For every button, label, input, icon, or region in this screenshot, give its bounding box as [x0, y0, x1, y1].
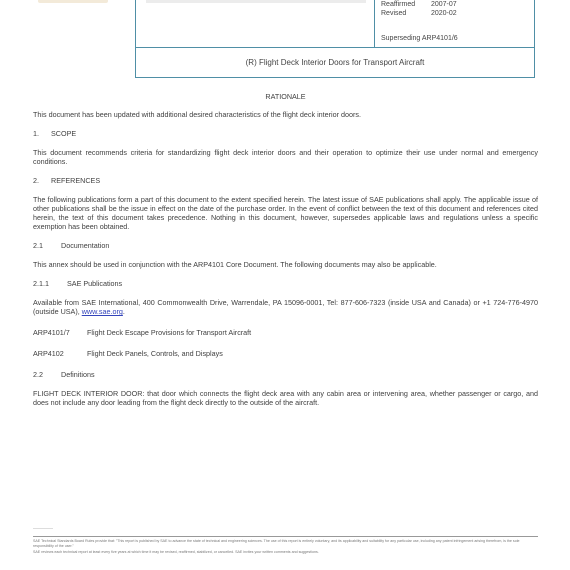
sae-publications-text: Available from SAE International, 400 Co…: [33, 298, 538, 316]
section-number: 2.: [33, 176, 49, 185]
rationale-text: This document has been updated with addi…: [33, 110, 538, 119]
revised-row: Revised 2020-02: [381, 10, 457, 17]
section-number: 1.: [33, 129, 49, 138]
section-number: 2.2: [33, 370, 59, 379]
section-references-heading: 2. REFERENCES: [33, 176, 538, 185]
rationale-heading: RATIONALE: [33, 92, 538, 101]
section-number: 2.1.1: [33, 279, 65, 288]
reaffirmed-date: 2007-07: [431, 1, 457, 8]
footer-mark: [33, 528, 53, 529]
revised-label: Revised: [381, 10, 429, 17]
reaffirmed-label: Reaffirmed: [381, 1, 429, 8]
section-documentation-heading: 2.1 Documentation: [33, 241, 538, 250]
section-scope-heading: 1. SCOPE: [33, 129, 538, 138]
footer-paragraph-1: SAE Technical Standards Board Rules prov…: [33, 539, 538, 548]
scope-text: This document recommends criteria for st…: [33, 148, 538, 166]
section-title: Definitions: [61, 370, 95, 379]
superseding-note: Superseding ARP4101/6: [381, 35, 458, 42]
document-title: (R) Flight Deck Interior Doors for Trans…: [136, 47, 534, 77]
document-body: RATIONALE This document has been updated…: [33, 92, 538, 407]
section-title: SAE Publications: [67, 279, 122, 288]
reference-item: ARP4102 Flight Deck Panels, Controls, an…: [33, 349, 538, 358]
documentation-text: This annex should be used in conjunction…: [33, 260, 538, 269]
section-sae-publications-heading: 2.1.1 SAE Publications: [33, 279, 538, 288]
section-title: Documentation: [61, 241, 109, 250]
reaffirmed-row: Reaffirmed 2007-07: [381, 1, 457, 8]
reference-item: ARP4101/7 Flight Deck Escape Provisions …: [33, 328, 538, 337]
sae-logo: [38, 0, 108, 3]
sae-website-link[interactable]: www.sae.org: [82, 307, 123, 316]
references-text: The following publications form a part o…: [33, 195, 538, 231]
sentence-end: .: [123, 307, 125, 316]
section-number: 2.1: [33, 241, 59, 250]
revision-info: Reaffirmed 2007-07 Revised 2020-02 Super…: [374, 0, 535, 47]
document-type-label: [146, 0, 366, 3]
reference-code: ARP4101/7: [33, 328, 85, 337]
section-title: REFERENCES: [51, 176, 100, 185]
section-definitions-heading: 2.2 Definitions: [33, 370, 538, 379]
footer-paragraph-2: SAE reviews each technical report at lea…: [33, 550, 538, 555]
definitions-text: FLIGHT DECK INTERIOR DOOR: that door whi…: [33, 389, 538, 407]
document-header: Reaffirmed 2007-07 Revised 2020-02 Super…: [135, 0, 535, 78]
reference-title: Flight Deck Panels, Controls, and Displa…: [87, 349, 223, 358]
revised-date: 2020-02: [431, 10, 457, 17]
section-title: SCOPE: [51, 129, 76, 138]
header-top-section: Reaffirmed 2007-07 Revised 2020-02 Super…: [136, 0, 534, 48]
reference-code: ARP4102: [33, 349, 85, 358]
reference-title: Flight Deck Escape Provisions for Transp…: [87, 328, 251, 337]
footer-notice: SAE Technical Standards Board Rules prov…: [33, 536, 538, 557]
